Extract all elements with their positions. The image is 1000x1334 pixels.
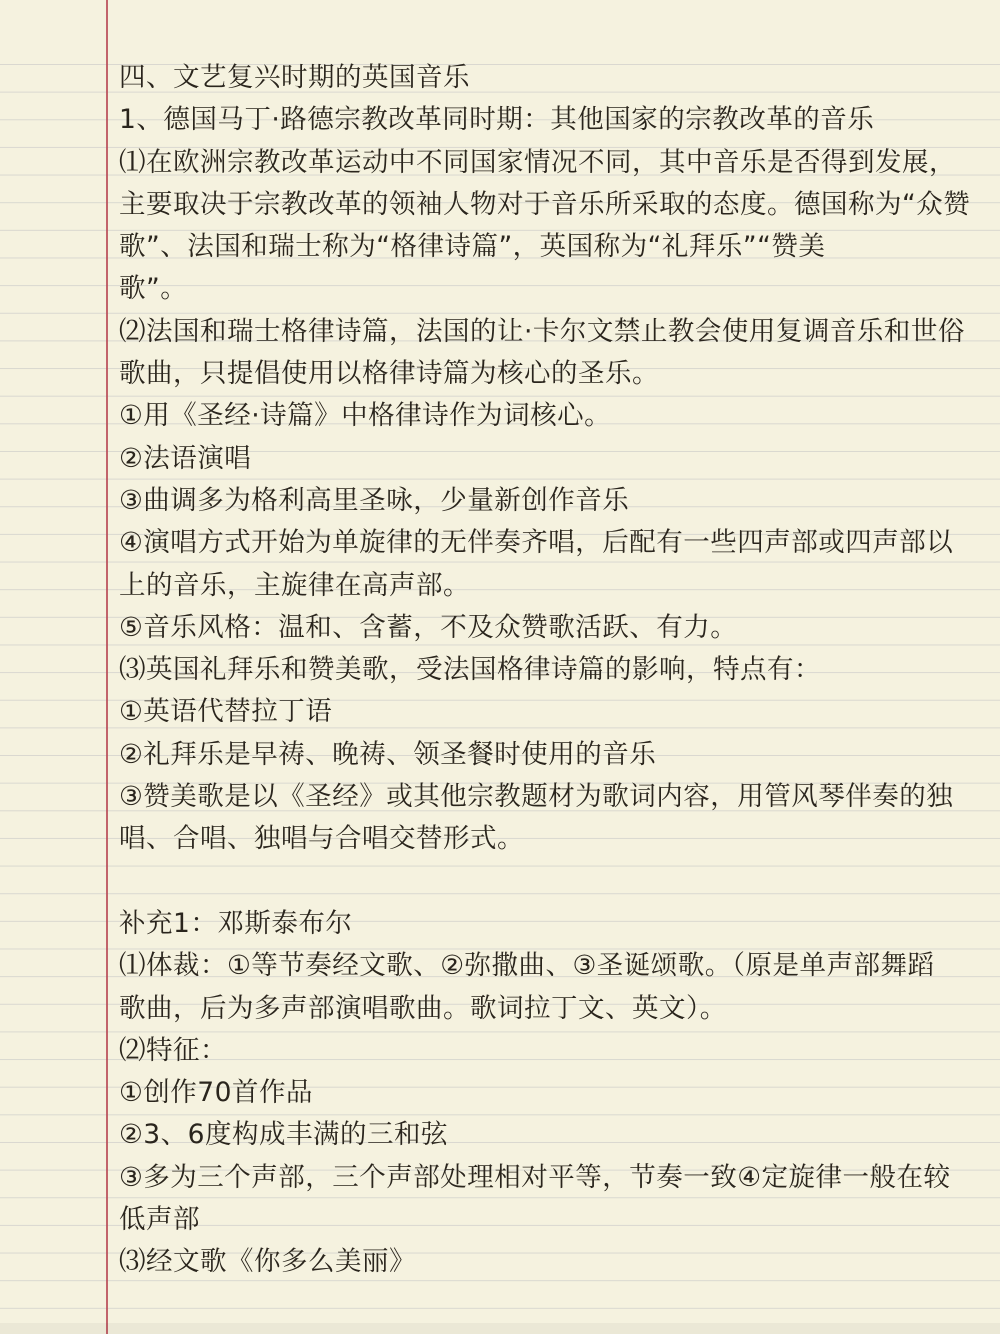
note-line: ③多为三个声部，三个声部处理相对平等，节奏一致④定旋律一般在较 [119, 1157, 986, 1199]
note-text-block: 四、文艺复兴时期的英国音乐1、德国马丁·路德宗教改革同时期：其他国家的宗教改革的… [119, 57, 986, 1284]
note-line: ②礼拜乐是早祷、晚祷、领圣餐时使用的音乐 [119, 734, 986, 776]
note-line: ③曲调多为格利高里圣咏，少量新创作音乐 [119, 480, 986, 522]
page-top-margin [0, 0, 1000, 64]
note-line: 歌”。 [119, 268, 986, 310]
note-line: ⑵法国和瑞士格律诗篇，法国的让·卡尔文禁止教会使用复调音乐和世俗 [119, 311, 986, 353]
note-line: ②3、6度构成丰满的三和弦 [119, 1114, 986, 1156]
note-line: ⑴体裁：①等节奏经文歌、②弥撒曲、③圣诞颂歌。（原是单声部舞蹈 [119, 945, 986, 987]
note-line: 歌曲，后为多声部演唱歌曲。歌词拉丁文、英文）。 [119, 988, 986, 1030]
note-line: ③赞美歌是以《圣经》或其他宗教题材为歌词内容，用管风琴伴奏的独 [119, 776, 986, 818]
note-line: 上的音乐，主旋律在高声部。 [119, 565, 986, 607]
note-line: ④演唱方式开始为单旋律的无伴奏齐唱，后配有一些四声部或四声部以 [119, 522, 986, 564]
note-line: ⑤音乐风格：温和、含蓄，不及众赞歌活跃、有力。 [119, 607, 986, 649]
note-line: ①创作70首作品 [119, 1072, 986, 1114]
note-line: ⑶经文歌《你多么美丽》 [119, 1241, 986, 1283]
note-line: 主要取决于宗教改革的领袖人物对于音乐所采取的态度。德国称为“众赞 [119, 184, 986, 226]
note-line-blank [119, 861, 986, 903]
note-line: ①用《圣经·诗篇》中格律诗作为词核心。 [119, 395, 986, 437]
note-line: 四、文艺复兴时期的英国音乐 [119, 57, 986, 99]
note-line: ①英语代替拉丁语 [119, 691, 986, 733]
note-line: 歌曲，只提倡使用以格律诗篇为核心的圣乐。 [119, 353, 986, 395]
page-bottom-edge [0, 1323, 1000, 1334]
note-line: 唱、合唱、独唱与合唱交替形式。 [119, 818, 986, 860]
notebook-page: 四、文艺复兴时期的英国音乐1、德国马丁·路德宗教改革同时期：其他国家的宗教改革的… [0, 0, 1000, 1334]
note-line: 低声部 [119, 1199, 986, 1241]
note-line: 1、德国马丁·路德宗教改革同时期：其他国家的宗教改革的音乐 [119, 99, 986, 141]
note-line: 歌”、法国和瑞士称为“格律诗篇”，英国称为“礼拜乐”“赞美 [119, 226, 986, 268]
red-margin-line [106, 0, 108, 1334]
note-line: ⑴在欧洲宗教改革运动中不同国家情况不同，其中音乐是否得到发展， [119, 142, 986, 184]
note-line: ②法语演唱 [119, 438, 986, 480]
note-line: ⑶英国礼拜乐和赞美歌，受法国格律诗篇的影响，特点有： [119, 649, 986, 691]
note-line: ⑵特征： [119, 1030, 986, 1072]
note-line: 补充1：邓斯泰布尔 [119, 903, 986, 945]
